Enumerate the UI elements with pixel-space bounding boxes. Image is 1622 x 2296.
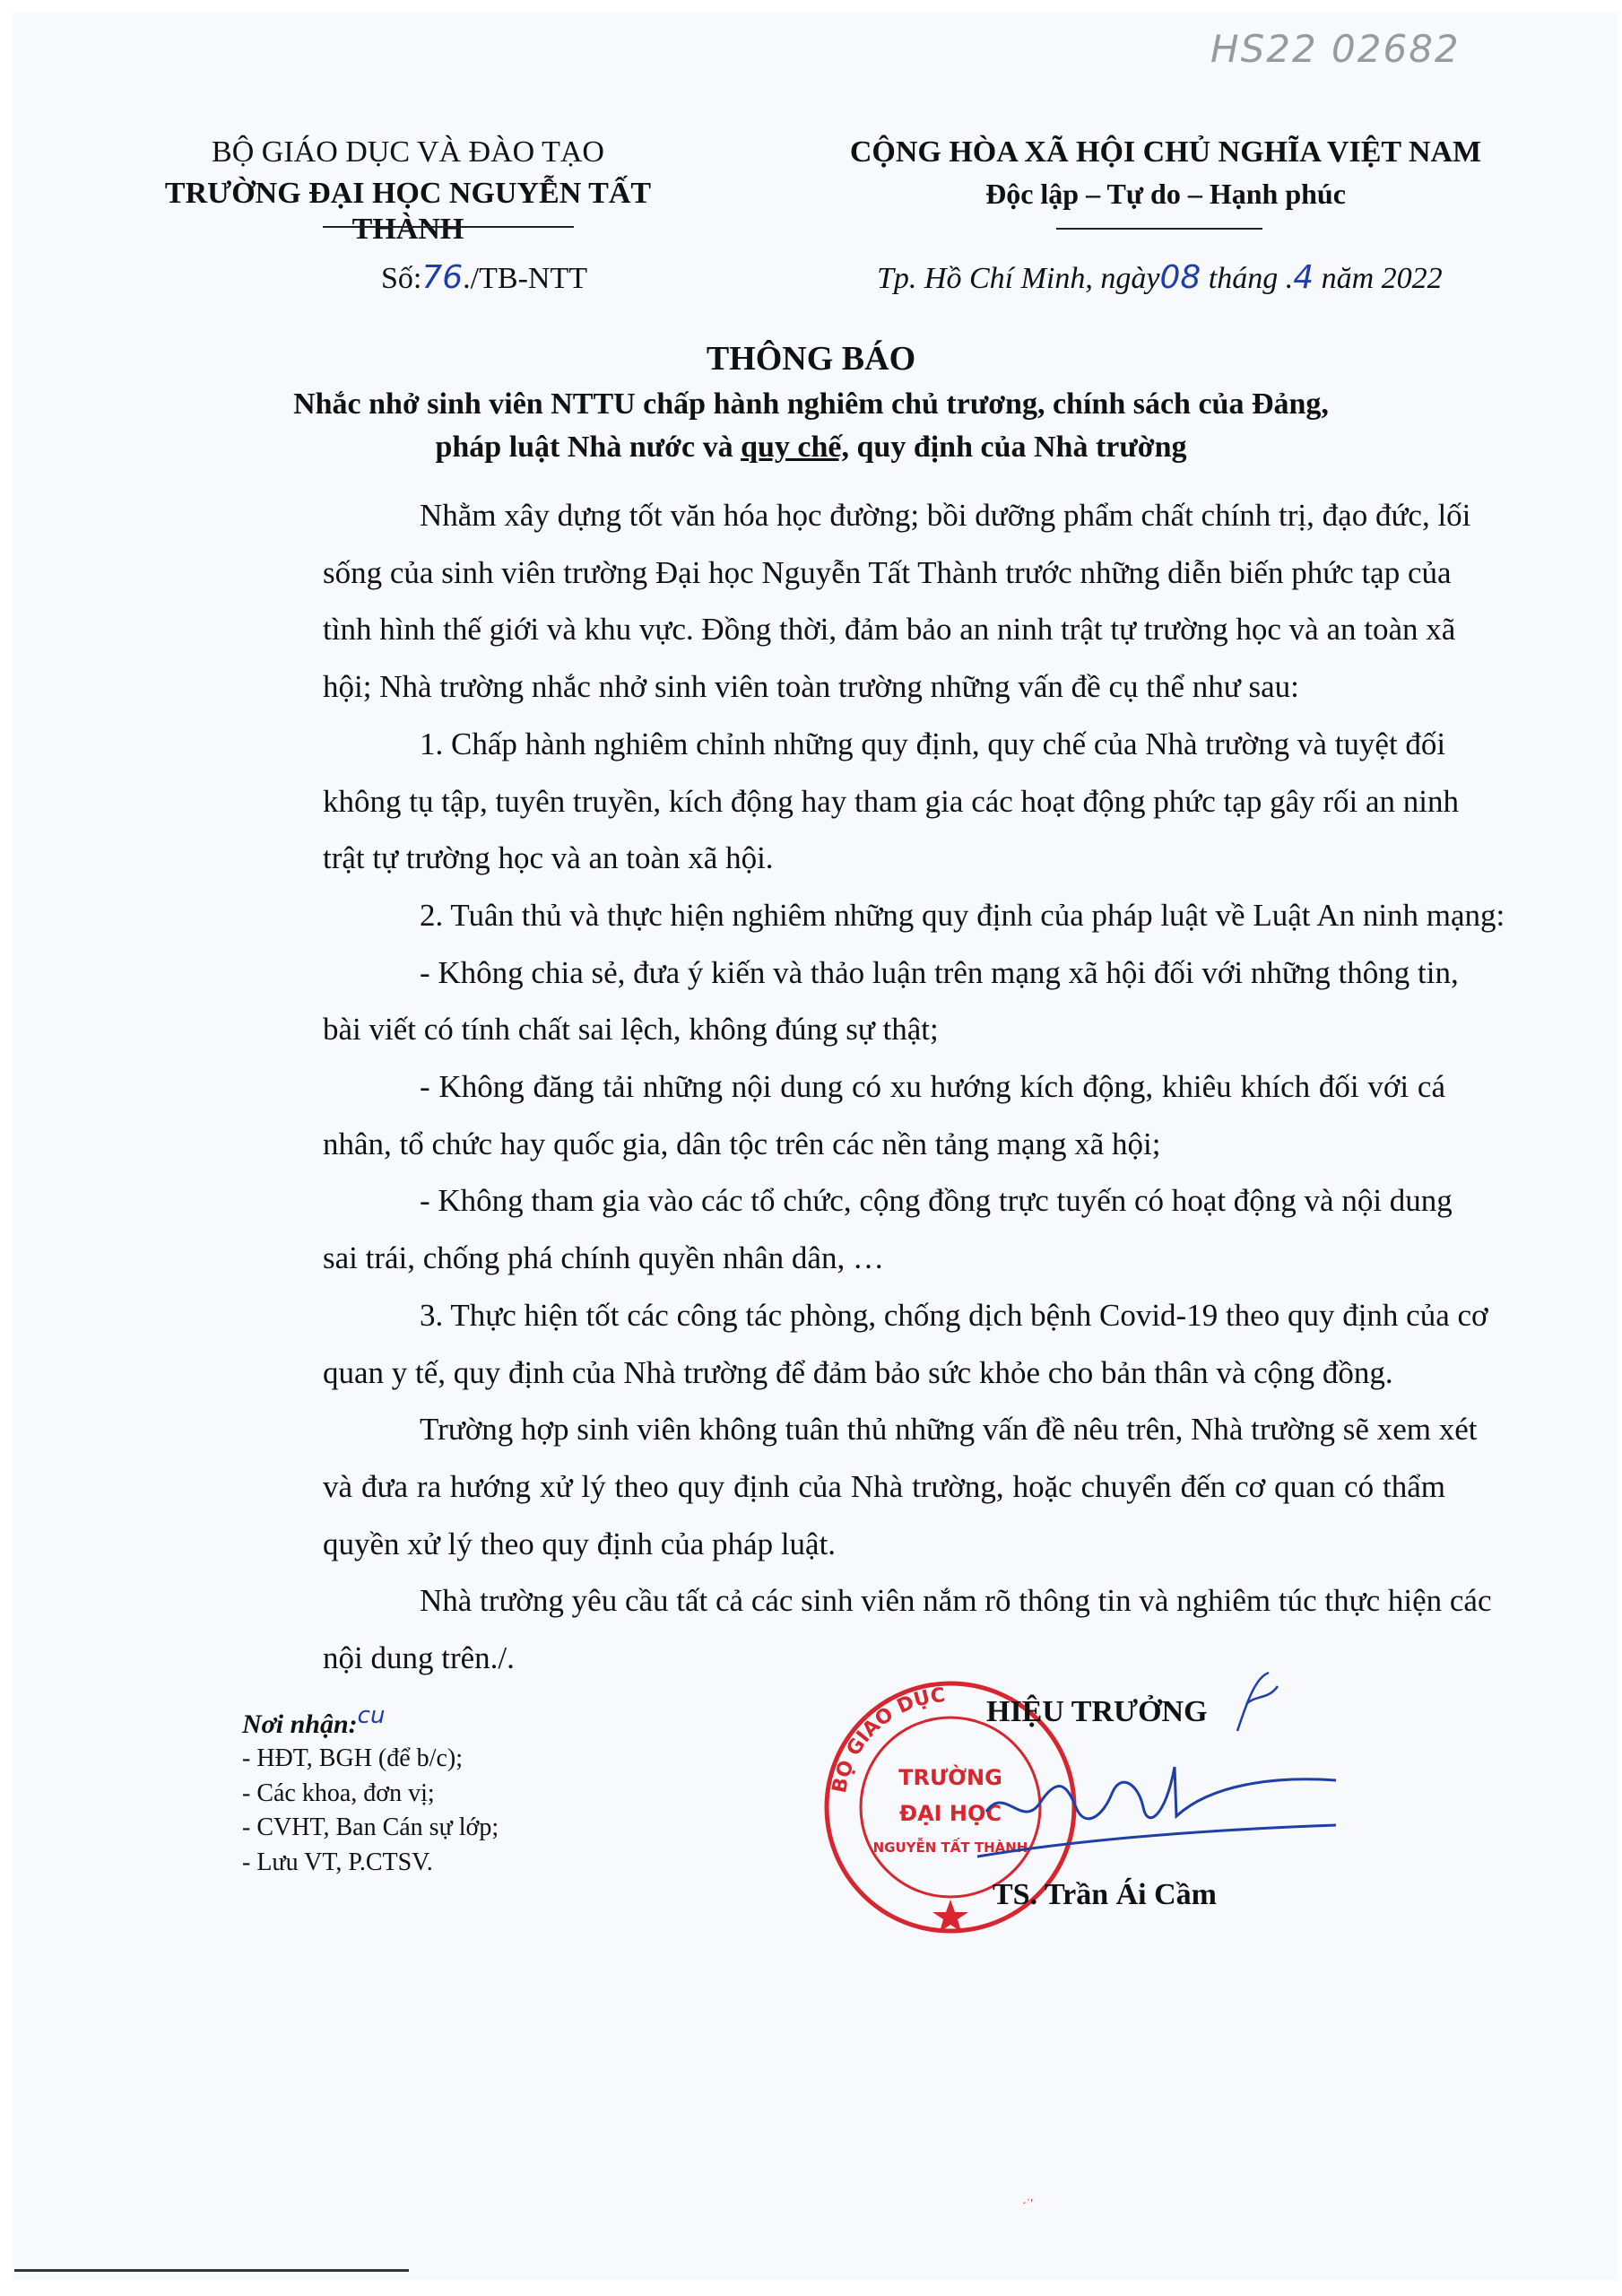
date-year: năm 2022	[1322, 262, 1443, 295]
header-left-rule	[323, 226, 574, 228]
initial-mark-icon	[1228, 1668, 1282, 1740]
body-line: bài viết có tính chất sai lệch, không đú…	[323, 1010, 1445, 1049]
date-month-label: tháng	[1209, 262, 1278, 295]
number-suffix: ./TB-NTT	[463, 262, 587, 295]
document-subtitle-line2: pháp luật Nhà nước và quy chế, quy định …	[0, 430, 1622, 465]
body-line: 2. Tuân thủ và thực hiện nghiêm những qu…	[420, 896, 1445, 935]
body-line: và đưa ra hướng xử lý theo quy định của …	[323, 1467, 1445, 1507]
body-line: không tụ tập, tuyên truyền, kích động ha…	[323, 782, 1445, 822]
body-line: nhân, tổ chức hay quốc gia, dân tộc trên…	[323, 1125, 1445, 1164]
body-line: - Không tham gia vào các tổ chức, cộng đ…	[420, 1181, 1445, 1221]
body-line: trật tự trường học và an toàn xã hội.	[323, 839, 1445, 878]
stamp-residue: ·ˈ'	[1022, 2197, 1035, 2212]
page-edge-mark	[14, 2269, 409, 2272]
body-line: Nhằm xây dựng tốt văn hóa học đường; bồi…	[420, 496, 1445, 535]
underlined-phrase: quy chế,	[741, 430, 849, 464]
body-line: hội; Nhà trường nhắc nhở sinh viên toàn …	[323, 667, 1445, 707]
number-prefix: Số:	[381, 262, 421, 295]
body-line: Nhà trường yêu cầu tất cả các sinh viên …	[420, 1581, 1445, 1621]
number-handwritten: 76	[421, 259, 463, 296]
document-title: THÔNG BÁO	[0, 339, 1622, 378]
date-day: 08	[1159, 259, 1201, 296]
body-line: quyền xử lý theo quy định của pháp luật.	[323, 1525, 1445, 1564]
body-line: - Không chia sẻ, đưa ý kiến và thảo luận…	[420, 953, 1445, 993]
signer-name: TS. Trần Ái Cầm	[993, 1878, 1217, 1912]
body-line: Trường hợp sinh viên không tuân thủ nhữn…	[420, 1410, 1445, 1449]
recipients-initials: cu	[358, 1702, 386, 1729]
recipient-item: - Lưu VT, P.CTSV.	[242, 1848, 433, 1878]
ministry-name: BỘ GIÁO DỤC VÀ ĐÀO TẠO	[184, 135, 632, 170]
recipient-item: - HĐT, BGH (để b/c);	[242, 1744, 463, 1774]
archive-mark: HS22 02682	[1210, 27, 1461, 71]
recipients-label: Nơi nhận:cu	[242, 1700, 385, 1740]
country-name: CỘNG HÒA XÃ HỘI CHỦ NGHĨA VIỆT NAM	[807, 135, 1524, 170]
recipient-item: - CVHT, Ban Cán sự lớp;	[242, 1813, 499, 1843]
date-place: Tp. Hồ Chí Minh, ngày	[877, 262, 1159, 295]
document-subtitle-line1: Nhắc nhở sinh viên NTTU chấp hành nghiêm…	[0, 387, 1622, 422]
school-name: TRƯỜNG ĐẠI HỌC NGUYỄN TẤT THÀNH	[143, 176, 672, 248]
body-line: sai trái, chống phá chính quyền nhân dân…	[323, 1239, 1445, 1278]
document-date: Tp. Hồ Chí Minh, ngày08 tháng .4 năm 202…	[877, 260, 1443, 297]
date-month: 4	[1293, 259, 1314, 296]
body-line: sống của sinh viên trường Đại học Nguyễn…	[323, 553, 1445, 593]
signature-icon	[977, 1731, 1354, 1865]
body-line: 1. Chấp hành nghiêm chỉnh những quy định…	[420, 725, 1445, 764]
document-number: Số:76./TB-NTT	[381, 260, 587, 297]
header-right-rule	[1056, 228, 1262, 230]
body-line: - Không đăng tải những nội dung có xu hư…	[420, 1067, 1445, 1107]
motto: Độc lập – Tự do – Hạnh phúc	[807, 176, 1524, 212]
body-line: 3. Thực hiện tốt các công tác phòng, chố…	[420, 1296, 1445, 1335]
signer-position: HIỆU TRƯỞNG	[986, 1695, 1208, 1729]
body-line: tình hình thế giới và khu vực. Đồng thời…	[323, 610, 1445, 649]
recipient-item: - Các khoa, đơn vị;	[242, 1779, 435, 1809]
body-line: quan y tế, quy định của Nhà trường để đả…	[323, 1353, 1445, 1393]
